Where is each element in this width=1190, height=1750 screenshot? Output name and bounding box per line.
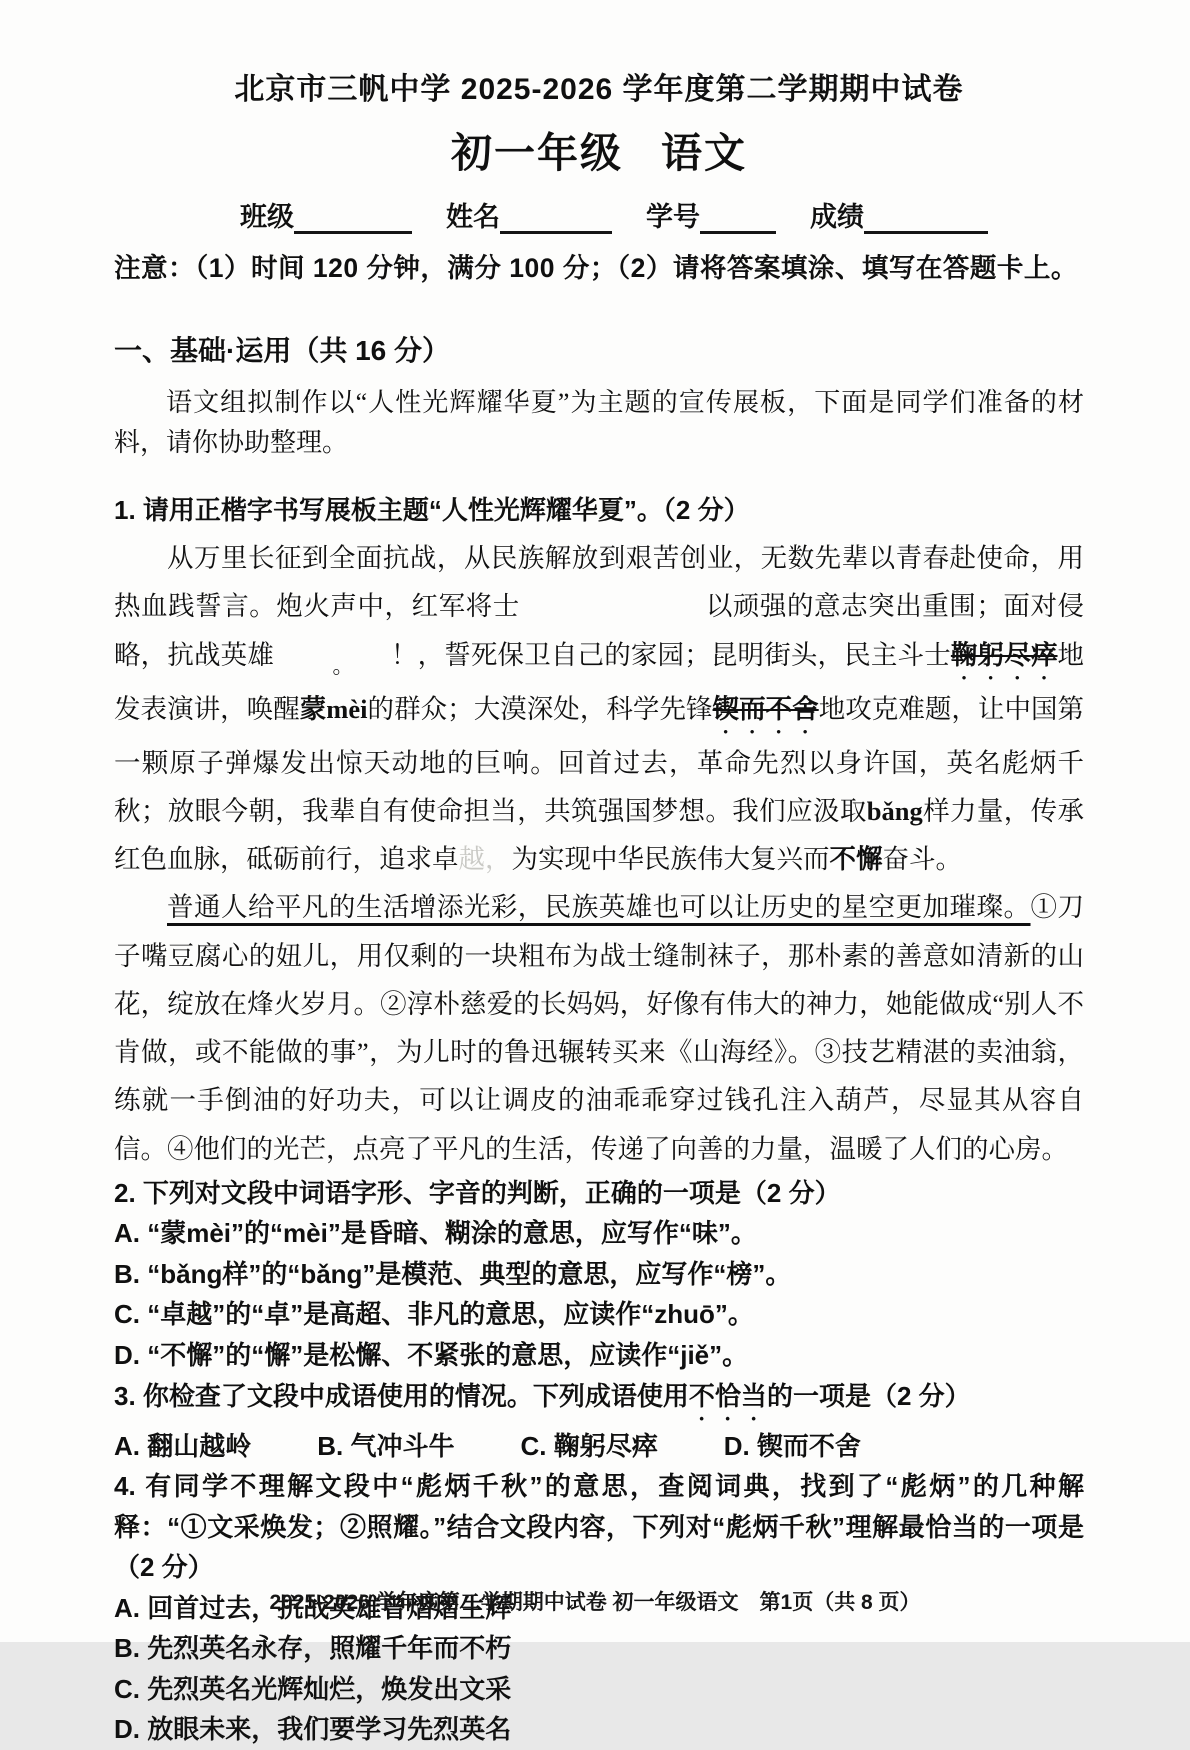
name-blank-line <box>500 201 612 234</box>
exam-title: 北京市三帆中学 2025-2026 学年度第二学期期中试卷 <box>114 64 1084 108</box>
question-3-option-b: B. 气冲斗牛 <box>317 1426 454 1467</box>
subject-label: 语文 <box>661 120 747 179</box>
question-3-option-a: A. 翻山越岭 <box>114 1426 251 1467</box>
question-4-option-b: B. 先烈英名永存，照耀千年而不朽 <box>114 1628 1084 1669</box>
pinyin-word-mengmei: 蒙mèi <box>300 694 368 724</box>
class-field-label: 班级 <box>240 195 294 234</box>
question-3-option-c: C. 鞠躬尽瘁 <box>520 1426 657 1467</box>
question-3-options-row: A. 翻山越岭 B. 气冲斗牛 C. 鞠躬尽瘁 D. 锲而不舍 <box>114 1426 1084 1467</box>
exam-paper-page: 北京市三帆中学 2025-2026 学年度第二学期期中试卷 初一年级 语文 班级… <box>0 0 1190 1642</box>
idiom-jugong-jincui: 鞠躬尽瘁 <box>951 640 1058 670</box>
bold-word-buxie: 不懈 <box>830 844 883 874</box>
idiom-qie-er-bu-she: 锲而不舍 <box>713 694 819 724</box>
passage-1: 从万里长征到全面抗战，从民族解放到艰苦创业，无数先辈以青春赴使命，用热血践誓言。… <box>114 534 1084 883</box>
grade-label: 初一年级 <box>451 120 623 179</box>
exam-subtitle: 初一年级 语文 <box>114 120 1084 179</box>
question-2-stem: 2. 下列对文段中词语字形、字音的判断，正确的一项是（2 分） <box>114 1173 1084 1214</box>
question-2-option-a: A. “蒙mèi”的“mèi”是昏暗、糊涂的意思，应写作“味”。 <box>114 1213 1084 1254</box>
section-1-heading: 一、基础·运用（共 16 分） <box>114 329 1084 369</box>
number-field-label: 学号 <box>646 195 700 234</box>
score-blank-line <box>864 201 988 234</box>
pinyin-word-bang: bǎng <box>867 796 923 826</box>
passage-2: 普通人给平凡的生活增添光彩，民族英雄也可以让历史的星空更加璀璨。①刀子嘴豆腐心的… <box>114 883 1084 1172</box>
question-3-stem: 3. 你检查了文段中成语使用的情况。下列成语使用不恰当的一项是（2 分） <box>114 1376 1084 1426</box>
class-blank-line <box>294 201 412 234</box>
question-4-option-c: C. 先烈英名光辉灿烂，焕发出文采 <box>114 1669 1084 1710</box>
emphasized-buqiadang: 不恰当 <box>689 1381 767 1411</box>
notice-text: 注意：（1）时间 120 分钟，满分 100 分；（2）请将答案填涂、填写在答题… <box>114 246 1084 285</box>
name-field-label: 姓名 <box>446 195 500 234</box>
faded-characters: 越， <box>459 844 512 874</box>
question-4-option-d: D. 放眼未来，我们要学习先烈英名 <box>114 1709 1084 1750</box>
section-1-intro: 语文组拟制作以“人性光辉耀华夏”为主题的宣传展板，下面是同学们准备的材料，请你协… <box>114 383 1084 464</box>
question-4-stem: 4. 有同学不理解文段中“彪炳千秋”的意思，查阅词典，找到了“彪炳”的几种解释：… <box>114 1466 1084 1588</box>
stray-period-mark: 。 <box>332 654 353 678</box>
question-2-option-d: D. “不懈”的“懈”是松懈、不紧张的意思，应读作“jiě”。 <box>114 1335 1084 1376</box>
question-2-option-c: C. “卓越”的“卓”是高超、非凡的意思，应读作“zhuō”。 <box>114 1294 1084 1335</box>
passage-2-text: ①刀子嘴豆腐心的妞儿，用仅剩的一块粗布为战士缝制袜子，那朴素的善意如清新的山花，… <box>114 892 1084 1163</box>
page-footer: 2025-2026 学年度第二学期期中试卷 初一年级语文 第1页（共 8 页） <box>0 1586 1190 1616</box>
student-info-row: 班级 姓名 学号 成绩 <box>240 195 1084 234</box>
underlined-sentence: 普通人给平凡的生活增添光彩，民族英雄也可以让历史的星空更加璀璨。 <box>167 892 1031 922</box>
question-1: 1. 请用正楷字书写展板主题“人性光辉耀华夏”。（2 分） <box>114 490 1084 531</box>
question-3-option-d: D. 锲而不舍 <box>724 1426 861 1467</box>
question-2-option-b: B. “bǎng样”的“bǎng”是模范、典型的意思，应写作“榜”。 <box>114 1254 1084 1295</box>
score-field-label: 成绩 <box>810 195 864 234</box>
number-blank-line <box>700 201 776 234</box>
